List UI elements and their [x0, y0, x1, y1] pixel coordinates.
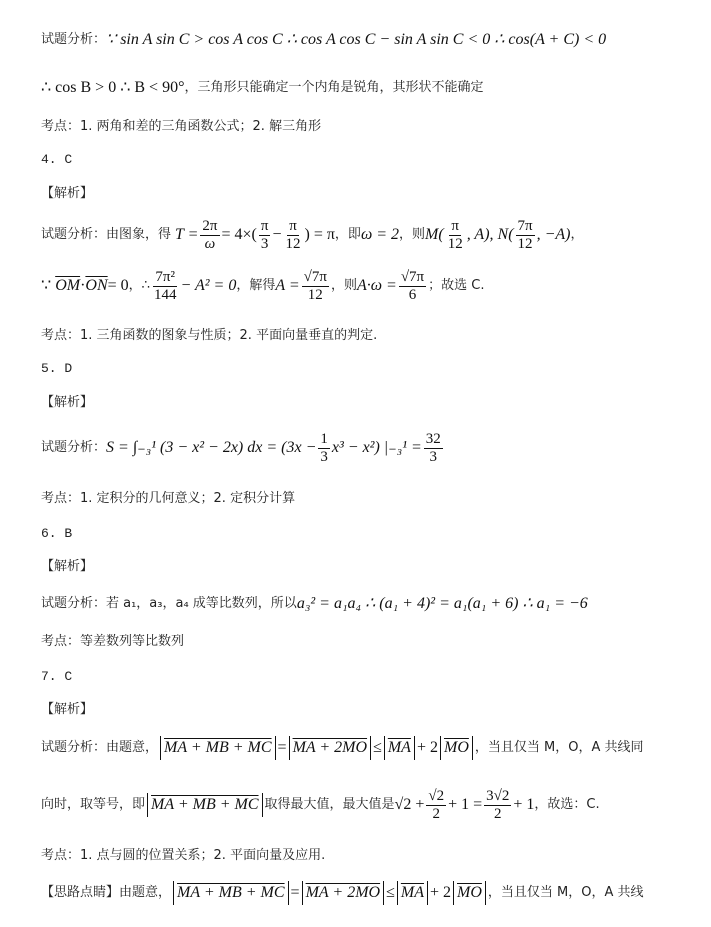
fraction: 7π12 — [516, 218, 535, 253]
q7-analysis-label: 【解析】 — [41, 700, 93, 720]
math-term: = 0 — [108, 276, 129, 296]
q7-key-points: 考点：1. 点与圆的位置关系；2. 平面向量及应用. — [41, 846, 325, 866]
analysis-prefix: 向时，取等号，即 — [41, 795, 145, 815]
math-term: + 2 — [417, 738, 438, 758]
fraction: 7π²144 — [152, 269, 179, 304]
math-term: = — [291, 883, 300, 903]
fraction: π3 — [259, 218, 271, 253]
text-separator: ，则 — [399, 225, 425, 245]
analysis-prefix: 试题分析：由题意， — [41, 738, 158, 758]
math-term: ) = π — [304, 225, 334, 245]
math-term: = — [278, 738, 287, 758]
vector-ON: ON — [85, 276, 107, 296]
text-separator: ，即 — [335, 225, 361, 245]
vector-abs: MO — [440, 736, 473, 760]
analysis-prefix: 试题分析： — [41, 438, 106, 458]
math-expression: ∵ sin A sin C > cos A cos C ∴ cos A cos … — [106, 30, 606, 50]
math-term: ∵ — [41, 276, 51, 296]
vector-sum-abs: MA + MB + MC — [160, 736, 276, 760]
math-term: = 4×( — [222, 225, 257, 245]
text-separator: ；故选 C. — [428, 276, 484, 296]
analysis-prefix: 试题分析：若 a₁，a₃，a₄ 成等比数列，所以 — [41, 594, 297, 614]
math-term: ≤ — [373, 738, 382, 758]
q4-analysis-line-2: ∵ OM · ON = 0 ，∴ 7π²144 − A² = 0 ，解得 A =… — [41, 268, 484, 304]
fraction: 13 — [318, 431, 330, 466]
q7-thinking-tip: 【思路点睛】 由题意， MA + MB + MC = MA + 2MO ≤ MA… — [41, 881, 644, 905]
math-term: − — [272, 225, 281, 245]
vector-sum-abs: MA + MB + MC — [147, 793, 263, 817]
math-term: x³ − x²) |₋₃¹ = — [332, 438, 422, 458]
q4-analysis-label: 【解析】 — [41, 184, 93, 204]
q7-analysis-line-1: 试题分析：由题意， MA + MB + MC = MA + 2MO ≤ MA +… — [41, 736, 643, 760]
math-term: A = — [275, 276, 299, 296]
q5-answer: 5. D — [41, 359, 72, 379]
math-term: , −A) — [537, 225, 571, 245]
math-term: + 2 — [430, 883, 451, 903]
vector-abs: MA — [397, 881, 428, 905]
math-expression: ∴ cos B > 0 ∴ B < 90° — [41, 78, 184, 98]
math-term: A·ω = — [357, 276, 397, 296]
q4-analysis-line-1: 试题分析：由图象，得 T = 2πω = 4×( π3 − π12 ) = π … — [41, 217, 584, 253]
analysis-text: ，故选：C. — [534, 795, 599, 815]
analysis-prefix: 由题意， — [119, 883, 171, 903]
analysis-text: ，当且仅当 M，O，A 共线 — [488, 883, 644, 903]
fraction: π12 — [446, 218, 465, 253]
math-term: − A² = 0 — [180, 276, 236, 296]
q4-answer: 4. C — [41, 150, 72, 170]
q3-key-points: 考点：1. 两角和差的三角函数公式；2. 解三角形 — [41, 117, 321, 137]
text-separator: ，∴ — [129, 276, 150, 296]
math-term: ω = 2 — [361, 225, 399, 245]
fraction: 3√22 — [484, 788, 511, 823]
vector-abs: MO — [453, 881, 486, 905]
fraction: 323 — [424, 431, 443, 466]
math-term: + 1 — [513, 795, 534, 815]
math-expression: a₃² = a₁a₄ ∴ (a₁ + 4)² = a₁(a₁ + 6) ∴ a₁… — [297, 594, 588, 614]
q7-answer: 7. C — [41, 667, 72, 687]
q4-key-points: 考点：1. 三角函数的图象与性质；2. 平面向量垂直的判定. — [41, 326, 377, 346]
math-term: √2 + — [395, 795, 425, 815]
analysis-text: ，当且仅当 M，O，A 共线同 — [475, 738, 644, 758]
vector-abs: MA — [384, 736, 415, 760]
fraction: π12 — [283, 218, 302, 253]
analysis-text: ，三角形只能确定一个内角是锐角，其形状不能确定 — [184, 78, 483, 98]
analysis-prefix: 试题分析： — [41, 30, 106, 50]
q5-analysis: 试题分析： S = ∫₋₃¹ (3 − x² − 2x) dx = (3x − … — [41, 428, 445, 468]
q6-analysis: 试题分析：若 a₁，a₃，a₄ 成等比数列，所以 a₃² = a₁a₄ ∴ (a… — [41, 594, 588, 614]
q7-analysis-line-2: 向时，取等号，即 MA + MB + MC 取得最大值，最大值是 √2 + √2… — [41, 786, 600, 824]
fraction: √7π12 — [302, 269, 329, 304]
fraction: √7π6 — [399, 269, 426, 304]
q6-answer: 6. B — [41, 524, 72, 544]
integral-expression: S = ∫₋₃¹ (3 − x² − 2x) dx = (3x − — [106, 438, 316, 458]
vector-OM: OM — [55, 276, 80, 296]
math-term: M( — [425, 225, 444, 245]
q6-analysis-label: 【解析】 — [41, 557, 93, 577]
analysis-prefix: 试题分析：由图象，得 — [41, 225, 171, 245]
q6-key-points: 考点：等差数列等比数列 — [41, 632, 184, 652]
vector-sum-abs: MA + 2MO — [289, 736, 372, 760]
fraction: √22 — [426, 788, 446, 823]
text-separator: ，则 — [331, 276, 357, 296]
analysis-text: 取得最大值，最大值是 — [265, 795, 395, 815]
q5-key-points: 考点：1. 定积分的几何意义；2. 定积分计算 — [41, 489, 295, 509]
math-term: T = — [175, 225, 198, 245]
fraction: 2πω — [200, 218, 219, 253]
text-separator: ， — [571, 225, 584, 245]
q3-analysis-line-2: ∴ cos B > 0 ∴ B < 90° ，三角形只能确定一个内角是锐角，其形… — [41, 78, 484, 98]
text-separator: ，解得 — [236, 276, 275, 296]
math-term: , A), N( — [467, 225, 514, 245]
tip-label: 【思路点睛】 — [41, 883, 119, 903]
q5-analysis-label: 【解析】 — [41, 393, 93, 413]
document-page: 试题分析： ∵ sin A sin C > cos A cos C ∴ cos … — [0, 0, 711, 927]
vector-sum-abs: MA + 2MO — [302, 881, 385, 905]
math-term: + 1 = — [448, 795, 482, 815]
q3-analysis-line-1: 试题分析： ∵ sin A sin C > cos A cos C ∴ cos … — [41, 30, 606, 50]
vector-sum-abs: MA + MB + MC — [173, 881, 289, 905]
math-term: ≤ — [386, 883, 395, 903]
